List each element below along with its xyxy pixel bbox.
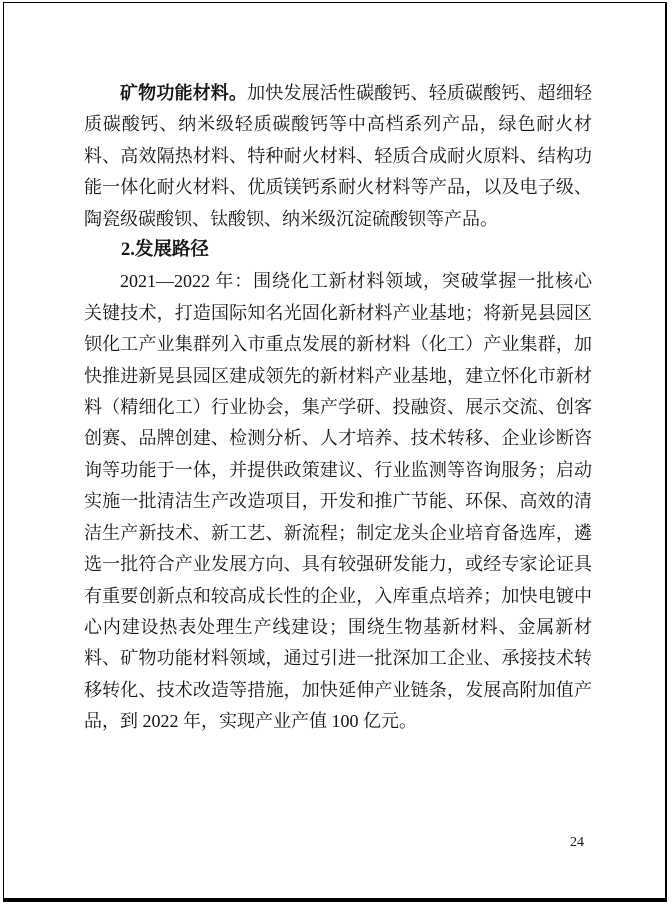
paragraph-body-text: 加快发展活性碳酸钙、轻质碳酸钙、超细轻质碳酸钙、纳米级轻质碳酸钙等中高档系列产品… <box>84 83 592 229</box>
paragraph-mineral-functional-materials: 矿物功能材料。加快发展活性碳酸钙、轻质碳酸钙、超细轻质碳酸钙、纳米级轻质碳酸钙等… <box>84 78 592 235</box>
paragraph-development-path: 2021—2022 年：围绕化工新材料领域，突破掌握一批核心关键技术，打造国际知… <box>84 266 592 737</box>
page-number: 24 <box>570 834 604 852</box>
section-heading-development-path: 2.发展路径 <box>84 235 592 266</box>
document-page: 矿物功能材料。加快发展活性碳酸钙、轻质碳酸钙、超细轻质碳酸钙、纳米级轻质碳酸钙等… <box>0 0 672 909</box>
page-content: 矿物功能材料。加快发展活性碳酸钙、轻质碳酸钙、超细轻质碳酸钙、纳米级轻质碳酸钙等… <box>84 78 592 738</box>
paragraph-lead-bold: 矿物功能材料。 <box>120 83 247 103</box>
